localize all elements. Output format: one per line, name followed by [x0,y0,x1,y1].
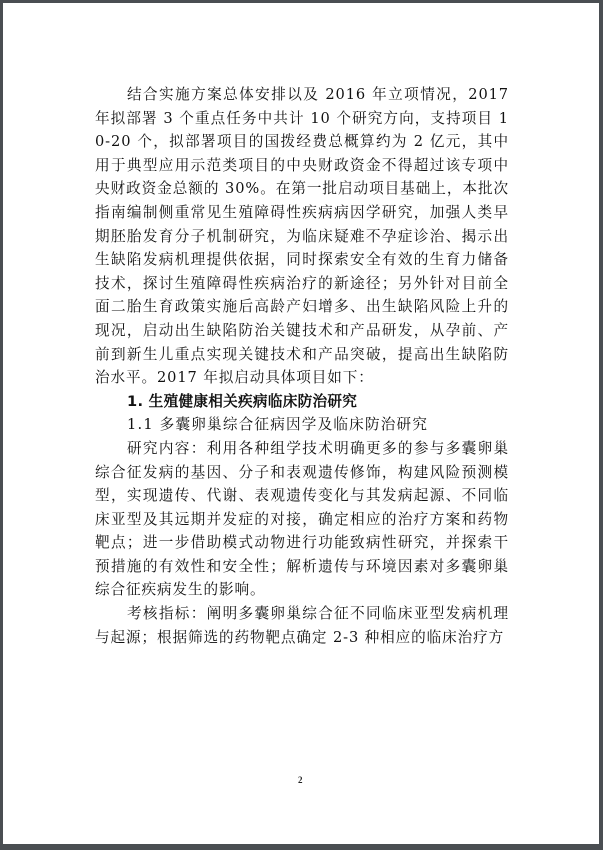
document-body: 结合实施方案总体安排以及 2016 年立项情况，2017 年拟部署 3 个重点任… [95,83,509,649]
section-heading-1: 1. 生殖健康相关疾病临床防治研究 [95,390,509,414]
research-content-paragraph: 研究内容：利用各种组学技术明确更多的参与多囊卵巢综合征发病的基因、分子和表观遗传… [95,437,509,602]
document-page: 结合实施方案总体安排以及 2016 年立项情况，2017 年拟部署 3 个重点任… [3,3,599,844]
subsection-heading-1-1: 1.1 多囊卵巢综合征病因学及临床防治研究 [95,413,509,437]
page-number: 2 [298,775,303,785]
intro-paragraph: 结合实施方案总体安排以及 2016 年立项情况，2017 年拟部署 3 个重点任… [95,83,509,390]
assessment-paragraph: 考核指标：阐明多囊卵巢综合征不同临床亚型发病机理与起源；根据筛选的药物靶点确定 … [95,602,509,649]
